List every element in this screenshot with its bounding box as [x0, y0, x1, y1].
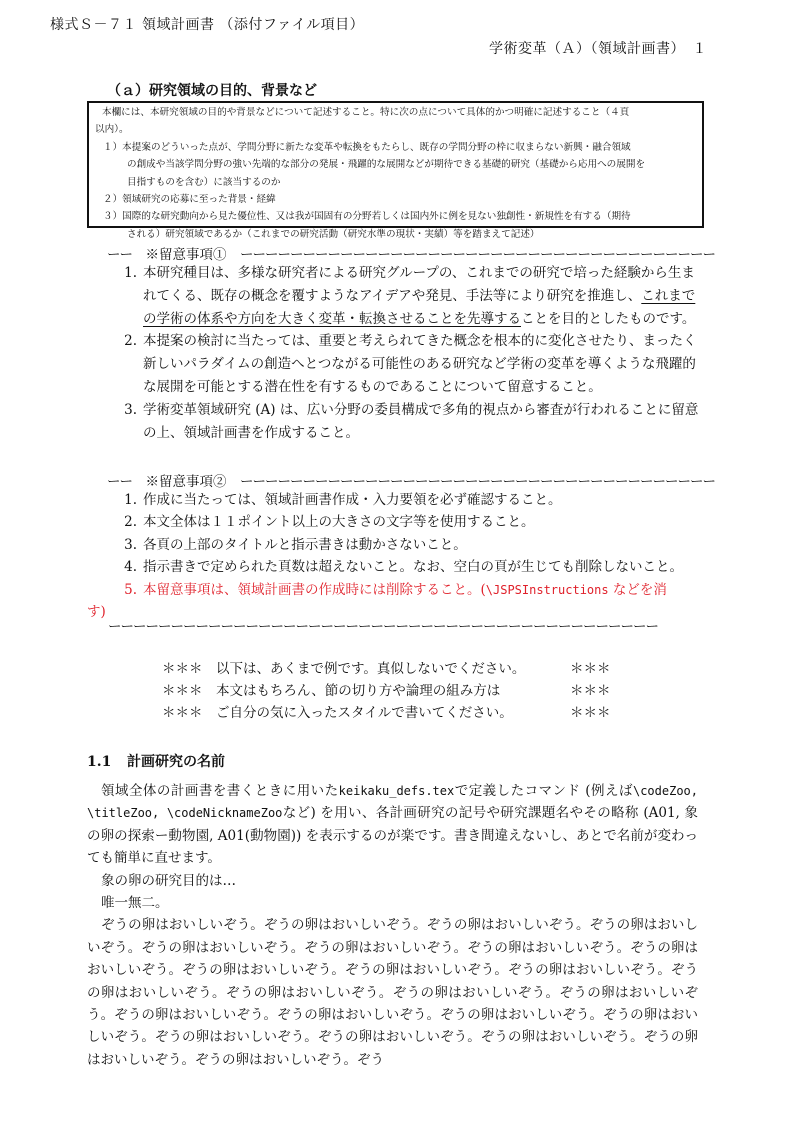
notes1-item: 3. 学術変革領域研究 (A) は、広い分野の委員構成で多角的視点から審査が行わ…	[107, 399, 700, 445]
notes2-item: 2.本文全体は１１ポイント以上の大きさの文字等を使用すること。	[107, 511, 700, 533]
paragraph: 領域全体の計画書を書くときに用いたkeikaku_defs.texで定義したコマ…	[87, 780, 698, 870]
section-1-1-body: 領域全体の計画書を書くときに用いたkeikaku_defs.texで定義したコマ…	[87, 780, 698, 1071]
notes2-heading: ーー ※留意事項② ーーーーーーーーーーーーーーーーーーーーーーーーーーーーーー…	[107, 470, 715, 490]
code-jspsinstructions: \JSPSInstructions	[486, 583, 609, 597]
notes1-title: ※留意事項①	[146, 247, 227, 263]
paragraph: ぞうの卵はおいしいぞう。ぞうの卵はおいしいぞう。ぞうの卵はおいしいぞう。ぞうの卵…	[87, 914, 698, 1071]
notes2-item: 4.指示書きで定められた頁数は超えないこと。なお、空白の頁が生じても削除しないこ…	[107, 556, 700, 578]
notes1-item: 2. 本提案の検討に当たっては、重要と考えられてきた概念を根本的に変化させたり、…	[107, 330, 700, 398]
instruction-line: の創成や当該学問分野の強い先端的な部分の発展・飛躍的な展開などが期待できる基礎的…	[95, 156, 696, 173]
notes2-list: 1.作成に当たっては、領域計画書作成・入力要領を必ず確認すること。 2.本文全体…	[107, 489, 700, 579]
paragraph: 象の卵の研究目的は…	[87, 870, 698, 892]
example-banner-line: ＊＊＊ ご自分の気に入ったスタイルで書いてください。＊＊＊	[162, 701, 611, 721]
notes2-title: ※留意事項②	[146, 474, 227, 490]
instruction-line: 目指すものを含む）に該当するのか	[95, 174, 696, 191]
instruction-line: 以内）。	[95, 121, 696, 138]
paragraph: 唯一無二。	[87, 892, 698, 914]
notes1-list: 1. 本研究種目は、多様な研究者による研究グループの、これまでの研究で培った経験…	[107, 262, 700, 444]
instruction-line: ２）領域研究の応募に至った背景・経緯	[95, 191, 696, 208]
section-1-1-heading: 1.1計画研究の名前	[87, 751, 225, 771]
form-id: 様式Ｓ－７１ 領域計画書 （添付ファイル項目）	[50, 14, 364, 34]
instruction-line: １）本提案のどういった点が、学問分野に新たな変革や転換をもたらし、既存の学問分野…	[95, 139, 696, 156]
notes1-item: 1. 本研究種目は、多様な研究者による研究グループの、これまでの研究で培った経験…	[107, 262, 700, 330]
instruction-line: ３）国際的な研究動向から見た優位性、又は我が国固有の分野若しくは国内外に例を見な…	[95, 208, 696, 225]
instruction-box: 本欄には、本研究領域の目的や背景などについて記述すること。特に次の点について具体…	[87, 101, 704, 228]
section-a-heading: （ａ）研究領域の目的、背景など	[107, 80, 317, 100]
notes2-item: 1.作成に当たっては、領域計画書作成・入力要領を必ず確認すること。	[107, 489, 700, 511]
page-header-title: 学術変革（Ａ）（領域計画書） １	[489, 38, 707, 58]
notes1-heading: ーー ※留意事項① ーーーーーーーーーーーーーーーーーーーーーーーーーーーーーー…	[107, 243, 715, 263]
example-banner-line: ＊＊＊ 以下は、あくまで例です。真似しないでください。＊＊＊	[162, 657, 611, 677]
notes2-item: 3.各頁の上部のタイトルと指示書きは動かさないこと。	[107, 534, 700, 556]
instruction-line: される）研究領域であるか（これまでの研究活動（研究水準の現状・実績）等を踏まえて…	[95, 226, 696, 243]
instruction-line: 本欄には、本研究領域の目的や背景などについて記述すること。特に次の点について具体…	[95, 104, 696, 121]
example-banner-line: ＊＊＊ 本文はもちろん、節の切り方や論理の組み方は＊＊＊	[162, 679, 611, 699]
notes-end-rule: ーーーーーーーーーーーーーーーーーーーーーーーーーーーーーーーーーーーーーーーー…	[108, 615, 658, 635]
